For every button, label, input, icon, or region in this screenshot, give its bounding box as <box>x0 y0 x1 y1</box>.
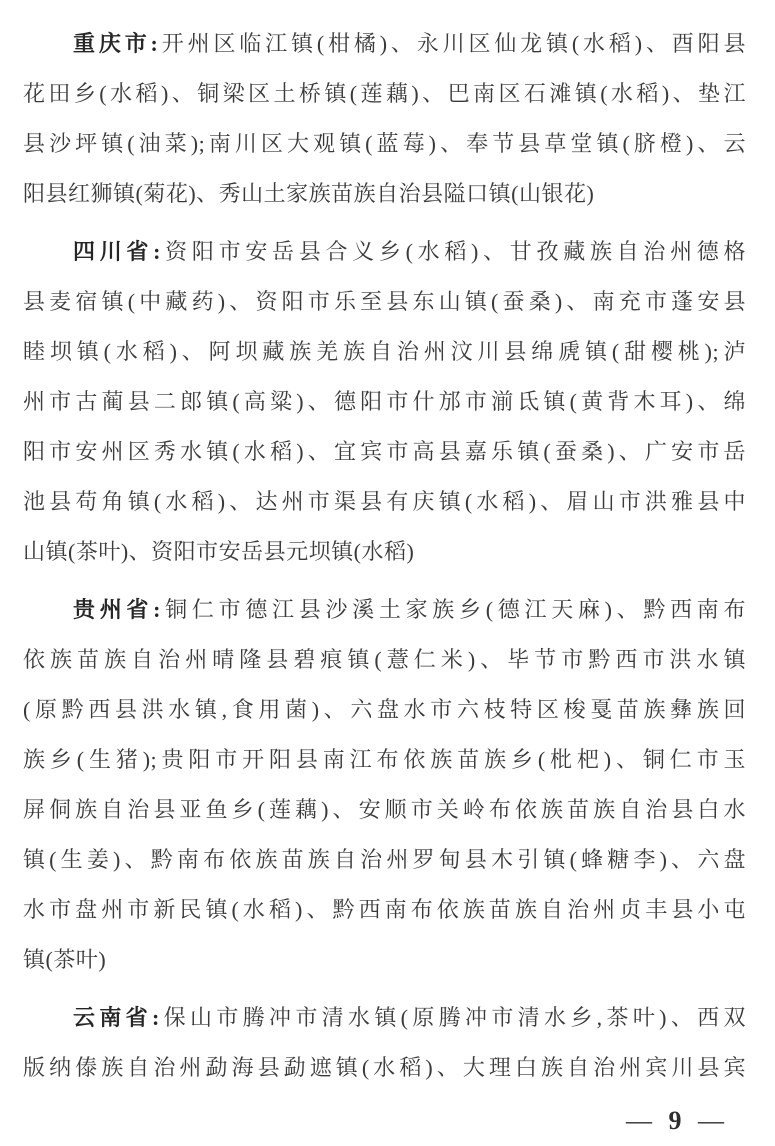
footer-dash-right: — <box>691 1106 731 1135</box>
text-line: 镇(生姜)、黔南布依族苗族自治州罗甸县木引镇(蜂糖李)、六盘 <box>23 835 746 885</box>
line-text: 资阳市安岳县合义乡(水稻)、甘孜藏族自治州德格 <box>161 239 746 264</box>
province-paragraph: 云南省:保山市腾冲市清水镇(原腾冲市清水乡,茶叶)、西双版纳傣族自治州勐海县勐遮… <box>23 993 746 1093</box>
text-line: 依族苗族自治州晴隆县碧痕镇(薏仁米)、毕节市黔西市洪水镇 <box>23 635 746 685</box>
document-body: 重庆市:开州区临江镇(柑橘)、永川区仙龙镇(水稻)、酉阳县花田乡(水稻)、铜梁区… <box>23 19 746 1101</box>
text-line: 花田乡(水稻)、铜梁区土桥镇(莲藕)、巴南区石滩镇(水稻)、垫江 <box>23 69 746 119</box>
text-line: 县麦宿镇(中藏药)、资阳市乐至县东山镇(蚕桑)、南充市蓬安县 <box>23 277 746 327</box>
text-line: 重庆市:开州区临江镇(柑橘)、永川区仙龙镇(水稻)、酉阳县 <box>23 19 746 69</box>
province-paragraph: 四川省:资阳市安岳县合义乡(水稻)、甘孜藏族自治州德格县麦宿镇(中藏药)、资阳市… <box>23 227 746 577</box>
province-paragraph: 重庆市:开州区临江镇(柑橘)、永川区仙龙镇(水稻)、酉阳县花田乡(水稻)、铜梁区… <box>23 19 746 219</box>
page-number: 9 <box>666 1106 685 1135</box>
text-line: 县沙坪镇(油菜);南川区大观镇(蓝莓)、奉节县草堂镇(脐橙)、云 <box>23 119 746 169</box>
text-line: 贵州省:铜仁市德江县沙溪土家族乡(德江天麻)、黔西南布 <box>23 585 746 635</box>
province-name: 贵州省: <box>73 597 161 622</box>
text-line: 镇(茶叶) <box>23 935 746 985</box>
text-line: 州市古蔺县二郎镇(高粱)、德阳市什邡市湔氐镇(黄背木耳)、绵 <box>23 377 746 427</box>
province-name: 重庆市: <box>73 31 158 56</box>
text-line: 云南省:保山市腾冲市清水镇(原腾冲市清水乡,茶叶)、西双 <box>23 993 746 1043</box>
text-line: 阳市安州区秀水镇(水稻)、宜宾市高县嘉乐镇(蚕桑)、广安市岳 <box>23 427 746 477</box>
text-line: (原黔西县洪水镇,食用菌)、六盘水市六枝特区梭戛苗族彝族回 <box>23 685 746 735</box>
page-footer: — 9 — <box>619 1103 731 1139</box>
text-line: 版纳傣族自治州勐海县勐遮镇(水稻)、大理白族自治州宾川县宾 <box>23 1043 746 1093</box>
text-line: 水市盘州市新民镇(水稻)、黔西南布依族苗族自治州贞丰县小屯 <box>23 885 746 935</box>
text-line: 族乡(生猪);贵阳市开阳县南江布依族苗族乡(枇杷)、铜仁市玉 <box>23 735 746 785</box>
text-line: 睦坝镇(水稻)、阿坝藏族羌族自治州汶川县绵虒镇(甜樱桃);泸 <box>23 327 746 377</box>
province-name: 云南省: <box>73 1005 160 1030</box>
line-text: 开州区临江镇(柑橘)、永川区仙龙镇(水稻)、酉阳县 <box>158 31 746 56</box>
line-text: 铜仁市德江县沙溪土家族乡(德江天麻)、黔西南布 <box>161 597 746 622</box>
text-line: 阳县红狮镇(菊花)、秀山土家族苗族自治县隘口镇(山银花) <box>23 169 746 219</box>
text-line: 四川省:资阳市安岳县合义乡(水稻)、甘孜藏族自治州德格 <box>23 227 746 277</box>
province-name: 四川省: <box>73 239 161 264</box>
text-line: 池县苟角镇(水稻)、达州市渠县有庆镇(水稻)、眉山市洪雅县中 <box>23 477 746 527</box>
province-paragraph: 贵州省:铜仁市德江县沙溪土家族乡(德江天麻)、黔西南布依族苗族自治州晴隆县碧痕镇… <box>23 585 746 985</box>
text-line: 山镇(茶叶)、资阳市安岳县元坝镇(水稻) <box>23 527 746 577</box>
text-line: 屏侗族自治县亚鱼乡(莲藕)、安顺市关岭布依族苗族自治县白水 <box>23 785 746 835</box>
footer-dash-left: — <box>619 1106 659 1135</box>
document-page: 重庆市:开州区临江镇(柑橘)、永川区仙龙镇(水稻)、酉阳县花田乡(水稻)、铜梁区… <box>0 0 775 1146</box>
line-text: 保山市腾冲市清水镇(原腾冲市清水乡,茶叶)、西双 <box>160 1005 746 1030</box>
